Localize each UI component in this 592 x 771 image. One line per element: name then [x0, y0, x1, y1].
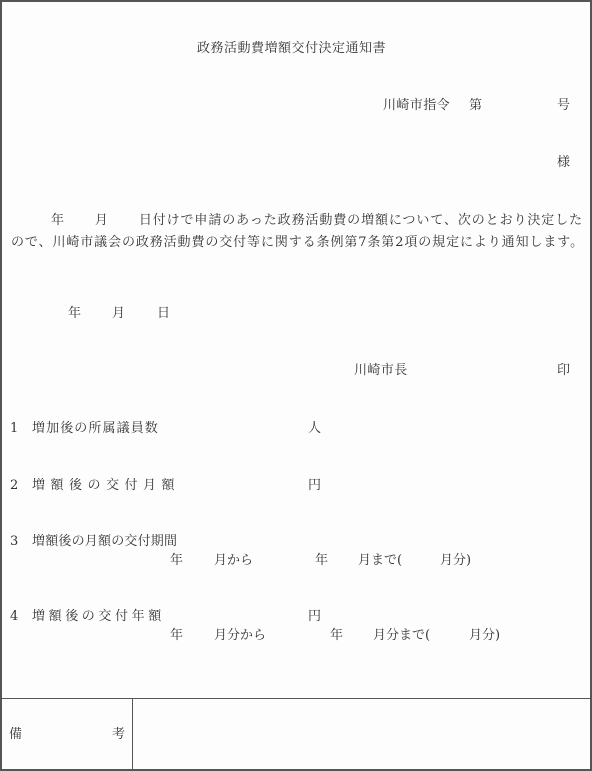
reference-prefix: 川崎市指令 [383, 98, 450, 114]
item-3-period-year-end: 年 [315, 553, 328, 569]
remarks-divider [2, 698, 592, 699]
remarks-field[interactable] [135, 701, 591, 771]
reference-go: 号 [557, 98, 570, 114]
item-3-period-year-start: 年 [170, 553, 183, 569]
item-4-period-year-start: 年 [170, 628, 183, 644]
item-4-label: 増額後の交付年額 [32, 609, 165, 625]
body-month: 月 [95, 213, 109, 228]
remarks-column-divider [132, 699, 133, 771]
item-2-unit: 円 [308, 478, 321, 494]
item-2-label: 増額後の交付月額 [32, 478, 180, 494]
notice-form: 政務活動費増額交付決定通知書 川崎市指令 第 号 様 年月日付けで申請のあった政… [0, 0, 592, 771]
item-4-number: 4 [10, 609, 18, 625]
item-3-number: 3 [10, 534, 18, 550]
item-2-number: 2 [10, 478, 18, 494]
item-1-unit: 人 [308, 421, 321, 437]
reference-dai: 第 [469, 98, 482, 114]
item-1-label: 増加後の所属議員数 [32, 421, 159, 437]
remarks-label-left: 備 [9, 727, 22, 743]
addressee-suffix: 様 [557, 155, 570, 171]
item-3-period-month-end: 月まで( [358, 553, 402, 569]
item-3-period-month-start: 月から [214, 553, 253, 569]
item-3-label: 増額後の月額の交付期間 [32, 534, 177, 550]
signer-name: 川崎市長 [354, 363, 408, 379]
remarks-label-right: 考 [112, 727, 125, 743]
body-year: 年 [51, 213, 65, 228]
date-year: 年 [68, 306, 81, 322]
document-title: 政務活動費増額交付決定通知書 [197, 41, 400, 57]
body-paragraph: 年月日付けで申請のあった政務活動費の増額について、次のとおり決定したので、川崎市… [11, 210, 589, 253]
item-4-period-months: 月分) [469, 628, 500, 644]
date-day: 日 [157, 306, 170, 322]
item-4-period-month-end: 月分まで( [373, 628, 430, 644]
item-4-period-year-end: 年 [330, 628, 343, 644]
item-4-unit: 円 [308, 609, 321, 625]
signer-seal: 印 [557, 363, 570, 379]
item-1-number: 1 [10, 421, 18, 437]
item-3-period-months: 月分) [440, 553, 471, 569]
item-4-period-month-start: 月分から [214, 628, 266, 644]
date-month: 月 [112, 306, 125, 322]
